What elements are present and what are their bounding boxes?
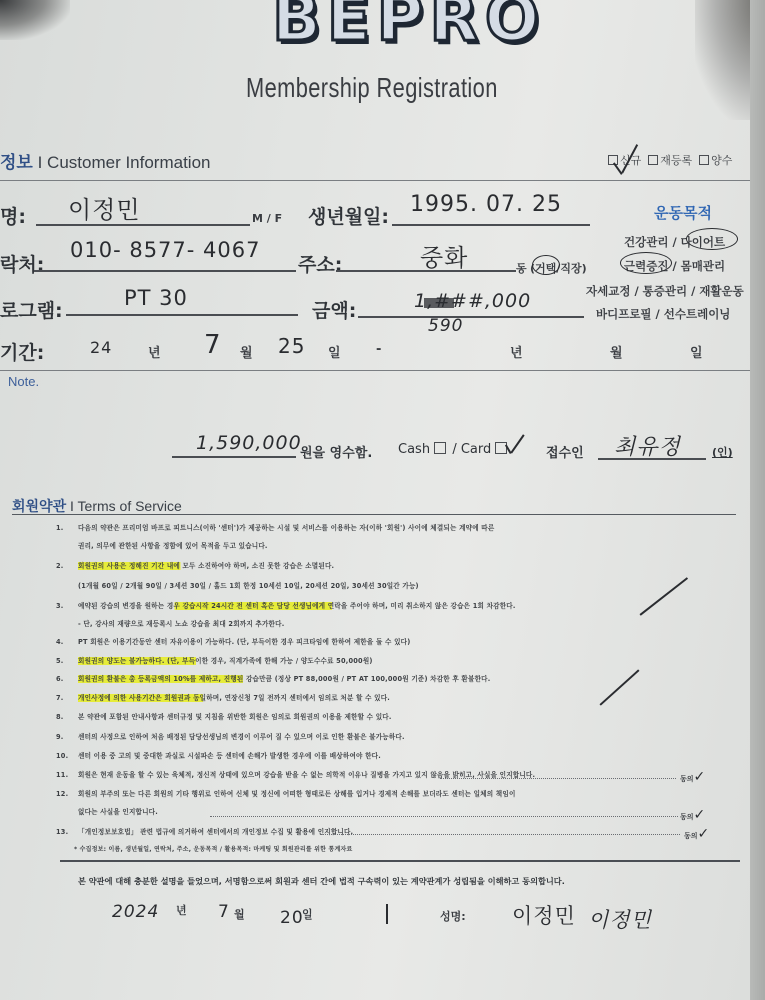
terms-item-line: 7.개인사정에 의한 사용기간은 회원권과 동일하며, 연장신청 7일 전까지 … (56, 692, 390, 702)
pen-stroke (386, 904, 388, 924)
name-label: 명: (0, 202, 26, 229)
sign-year[interactable]: 2024 (112, 902, 159, 922)
receiver-signature[interactable]: 최유정 (614, 430, 681, 461)
terms-item-text: 센터의 사정으로 인하여 처음 배정된 담당선생님의 변경이 이루어 질 수 있… (78, 733, 405, 741)
agree-12[interactable]: 동의✓ (680, 807, 705, 823)
terms-heading: 회원약관 I Terms of Service (12, 496, 182, 516)
cash-checkbox[interactable] (434, 442, 446, 454)
checkmark-icon: ✓ (694, 769, 706, 785)
circle-mark (620, 252, 672, 274)
unit-month: 월 (240, 342, 253, 361)
purpose-health[interactable]: 건강관리 (624, 235, 668, 249)
heading-en: I Customer Information (38, 153, 211, 172)
checkbox-label: 양수 (711, 154, 732, 167)
period-start-day[interactable]: 25 (278, 334, 305, 358)
terms-item-number: 12. (56, 790, 78, 798)
divider (60, 860, 740, 862)
divider (0, 370, 750, 371)
footnote: * 수집정보: 이름, 생년월일, 연락처, 주소, 운동목적 / 활용목적: … (74, 844, 352, 853)
dotted-leader (440, 778, 676, 779)
terms-item-text: 다음의 약관은 프리미엄 바프로 피트니스(이하 '센터')가 제공하는 시설 … (78, 524, 494, 532)
unit-month: 월 (234, 906, 245, 922)
terms-item-line: 10.센터 이용 중 고의 및 중대한 과실로 시설파손 등 센터에 손해가 발… (56, 750, 381, 760)
purpose-athlete[interactable]: 선수트레이닝 (664, 307, 731, 321)
signature-value[interactable]: 이정민 (588, 904, 652, 934)
exercise-purpose-title: 운동목적 (654, 202, 712, 223)
terms-item-line: 3.예약된 강습의 변경을 원하는 경우 강습시작 24시간 전 센터 혹은 담… (56, 600, 516, 610)
terms-item-line: (1개월 60일 / 2개월 90일 / 3세션 30일 / 홀드 1회 한정 … (56, 580, 419, 590)
unit-year: 년 (148, 342, 161, 361)
agree-label: 동의 (680, 775, 694, 783)
photo-shadow (0, 0, 70, 40)
terms-item-number: 4. (56, 638, 78, 646)
terms-item-number: 1. (56, 524, 78, 532)
agree-11[interactable]: 동의✓ (680, 769, 705, 785)
unit-year: 년 (176, 902, 187, 918)
unit-month: 월 (610, 342, 623, 361)
payment-card-label: Card (461, 442, 491, 457)
terms-item-text: (1개월 60일 / 2개월 90일 / 3세션 30일 / 홀드 1회 한정 … (78, 582, 419, 590)
divider (0, 180, 750, 181)
terms-item-line: 없다는 사실을 인지합니다. (56, 806, 158, 816)
terms-item-text: 개인사정에 의한 사용기간은 회원권과 동일하며, 연장신청 7일 전까지 센터… (78, 694, 390, 702)
receiver-label: 접수인 (546, 442, 584, 461)
terms-item-number: 3. (56, 602, 78, 610)
sign-month[interactable]: 7 (218, 902, 230, 922)
receipt-amount-line (172, 456, 296, 458)
birth-label: 생년월일: (308, 202, 389, 229)
agree-13[interactable]: 동의✓ (684, 826, 709, 842)
terms-item-number: 9. (56, 733, 78, 741)
divider (12, 514, 736, 515)
amount-label: 금액: (312, 296, 356, 323)
terms-item-number: 8. (56, 713, 78, 721)
customer-info-heading: 정보 I Customer Information (0, 148, 211, 173)
dotted-leader (210, 816, 678, 817)
terms-item-line: 8.본 약관에 포함된 안내사항과 센터규정 및 지침을 위반한 회원은 임의로… (56, 711, 392, 721)
terms-item-text: - 단, 강사의 재량으로 재등록시 노쇼 강습을 최대 2회까지 추가한다. (78, 620, 284, 628)
paper-edge (750, 0, 765, 1000)
terms-item-text: 센터 이용 중 고의 및 중대한 과실로 시설파손 등 센터에 손해가 발생한 … (78, 752, 381, 760)
heading-ko: 정보 (0, 153, 33, 172)
payment-cash-label: Cash (398, 442, 430, 457)
purpose-body-shape[interactable]: 몸매관리 (681, 259, 725, 273)
birth-value[interactable]: 1995. 07. 25 (410, 192, 562, 217)
phone-value[interactable]: 010- 8577- 4067 (70, 238, 260, 262)
name-sign-label: 성명: (440, 908, 466, 924)
terms-heading-en: I Terms of Service (70, 498, 182, 514)
purpose-row-3: 자세교정 / 통증관리 / 재활운동 (586, 283, 744, 299)
payment-method: Cash / Card (398, 442, 509, 457)
scribble-out (424, 298, 454, 308)
address-value[interactable]: 중화 (420, 238, 468, 273)
brand-logo: BEPRO (272, 0, 545, 56)
terms-item-number: 2. (56, 562, 78, 570)
terms-heading-ko: 회원약관 (12, 498, 66, 514)
agree-label: 동의 (684, 832, 698, 840)
phone-field-line (34, 270, 296, 272)
period-label: 기간: (0, 338, 44, 365)
terms-item-text: 본 약관에 포함된 안내사항과 센터규정 및 지침을 위반한 회원은 임의로 회… (78, 713, 392, 721)
unit-day: 일 (302, 906, 313, 922)
receiver-line (598, 458, 706, 460)
terms-item-line: 9.센터의 사정으로 인하여 처음 배정된 담당선생님의 변경이 이루어 질 수… (56, 731, 405, 741)
final-statement: 본 약관에 대해 충분한 설명을 들었으며, 서명함으로써 회원과 센터 간에 … (78, 876, 565, 887)
purpose-rehab[interactable]: 재활운동 (699, 284, 743, 298)
note-label: Note. (8, 374, 39, 389)
period-start-month[interactable]: 7 (204, 330, 222, 360)
purpose-pain[interactable]: 통증관리 (643, 284, 687, 298)
seal-label: (인) (712, 444, 733, 460)
circle-mark (532, 255, 560, 275)
terms-item-number: 10. (56, 752, 78, 760)
amount-field-line (358, 316, 584, 318)
terms-item-line: 권리, 의무에 관한된 사항을 정함에 있어 목적을 두고 있습니다. (56, 540, 268, 550)
sign-name-value[interactable]: 이정민 (512, 900, 576, 930)
residence-work[interactable]: 직장 (560, 262, 581, 275)
terms-item-number: 11. (56, 771, 78, 779)
terms-item-number: 7. (56, 694, 78, 702)
period-dash: - (376, 342, 381, 357)
receipt-amount[interactable]: 1,590,000 (196, 432, 302, 454)
sign-day[interactable]: 20 (280, 908, 304, 928)
period-start-year[interactable]: 24 (90, 338, 112, 357)
terms-item-text: 회원의 부주의 또는 다른 회원의 기타 행위로 인하여 신체 및 정신에 어떠… (78, 790, 516, 798)
terms-item-line: - 단, 강사의 재량으로 재등록시 노쇼 강습을 최대 2회까지 추가한다. (56, 618, 284, 628)
terms-item-text: PT 회원은 이용기간동안 센터 자유이용이 가능하다. (단, 부득이한 경우… (78, 638, 410, 646)
terms-item-text: 「개인정보보호법」 관련 법규에 의거하여 센터에서의 개인정보 수집 및 활용… (78, 828, 353, 836)
purpose-row-4: 바디프로필 / 선수트레이닝 (596, 306, 730, 322)
checkbox-label: 재등록 (660, 154, 692, 167)
unit-day: 일 (690, 342, 703, 361)
circle-mark (686, 228, 738, 250)
terms-item-number: 13. (56, 828, 78, 836)
terms-item-line: 12.회원의 부주의 또는 다른 회원의 기타 행위로 인하여 신체 및 정신에… (56, 788, 516, 798)
purpose-posture[interactable]: 자세교정 (586, 284, 630, 298)
birth-field-line (392, 224, 590, 226)
checkmark-icon: ✓ (698, 826, 710, 842)
purpose-body-profile[interactable]: 바디프로필 (596, 307, 652, 321)
amount-correction[interactable]: 590 (428, 316, 463, 336)
program-field-line (66, 314, 298, 316)
form-title: Membership Registration (246, 72, 498, 104)
name-value[interactable]: 이정민 (68, 190, 141, 225)
checkmark-icon: ✓ (694, 807, 706, 823)
program-value[interactable]: PT 30 (124, 286, 188, 310)
phone-label: 락처: (0, 250, 44, 277)
terms-item-text: 권리, 의무에 관한된 사항을 정함에 있어 목적을 두고 있습니다. (78, 542, 268, 550)
terms-item-number: 6. (56, 675, 78, 683)
terms-item-line: 6.회원권의 환불은 총 등록금액의 10%를 제하고, 진행된 강습만큼 (정… (56, 673, 490, 683)
address-suffix: 동 (516, 260, 527, 276)
terms-item-text: 없다는 사실을 인지합니다. (78, 808, 158, 816)
address-field-line (336, 270, 516, 272)
terms-item-line: 5.회원권의 양도는 불가능하다. (단, 부득이한 경우, 직계가족에 한해 … (56, 655, 373, 665)
checkbox-renew[interactable] (648, 155, 658, 165)
gender-label[interactable]: M / F (252, 212, 282, 225)
name-field-line (36, 224, 250, 226)
program-label: 로그램: (0, 296, 63, 323)
terms-item-number: 5. (56, 657, 78, 665)
terms-item-text: 회원권의 환불은 총 등록금액의 10%를 제하고, 진행된 강습만큼 (정상 … (78, 675, 490, 683)
terms-item-text: 회원권의 사용은 정해진 기간 내에 모두 소진하여야 하며, 소진 못한 강습… (78, 562, 334, 570)
terms-item-text: 예약된 강습의 변경을 원하는 경우 강습시작 24시간 전 센터 혹은 담당 … (78, 602, 516, 610)
address-label: 주소: (298, 250, 342, 277)
terms-item-line: 2.회원권의 사용은 정해진 기간 내에 모두 소진하여야 하며, 소진 못한 … (56, 560, 334, 570)
receipt-text: 원을 영수함. (300, 442, 372, 461)
unit-day: 일 (328, 342, 341, 361)
terms-item-line: 1.다음의 약관은 프리미엄 바프로 피트니스(이하 '센터')가 제공하는 시… (56, 522, 494, 532)
terms-item-text: 회원권의 양도는 불가능하다. (단, 부득이한 경우, 직계가족에 한해 가능… (78, 657, 373, 665)
terms-item-line: 4.PT 회원은 이용기간동안 센터 자유이용이 가능하다. (단, 부득이한 … (56, 636, 410, 646)
agree-label: 동의 (680, 813, 694, 821)
unit-year: 년 (510, 342, 523, 361)
checkbox-transfer[interactable] (699, 155, 709, 165)
dotted-leader (320, 834, 680, 835)
terms-item-line: 13.「개인정보보호법」 관련 법규에 의거하여 센터에서의 개인정보 수집 및… (56, 826, 353, 836)
